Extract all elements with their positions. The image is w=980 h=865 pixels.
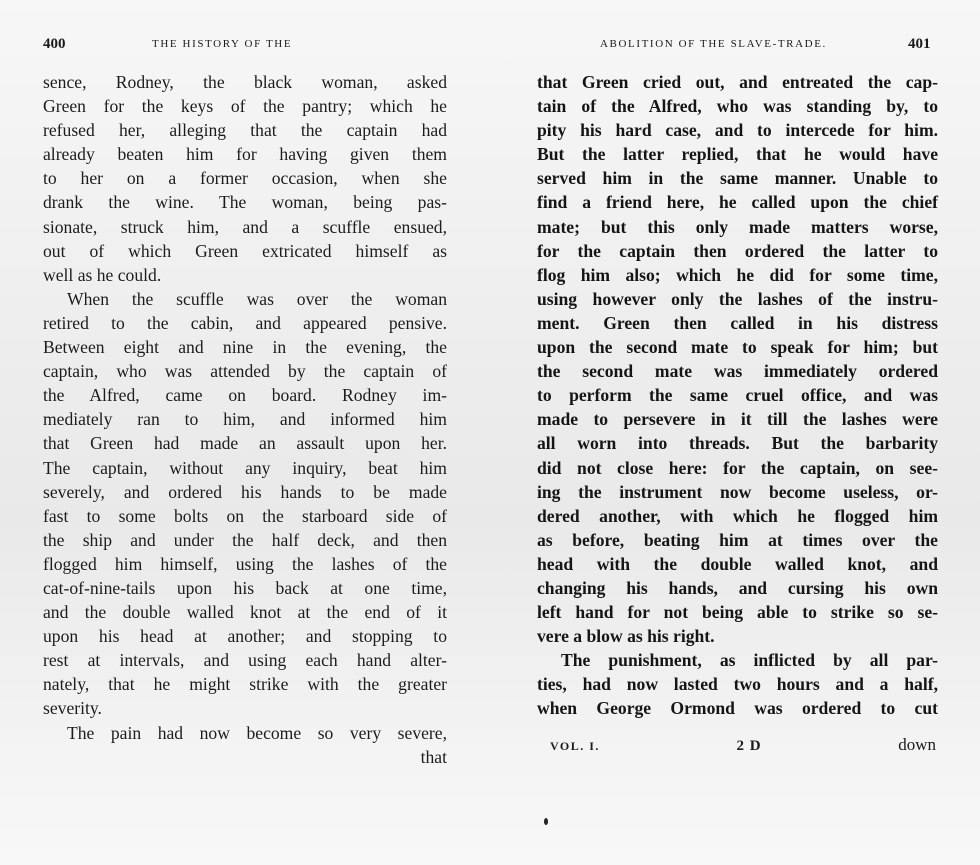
text-line: find a friend here, he called upon the c… bbox=[537, 190, 938, 214]
text-line: the Alfred, came on board. Rodney im- bbox=[43, 383, 447, 407]
text-line: all worn into threads. But the barbarity bbox=[537, 431, 938, 455]
paragraph-start-line: When the scuffle was over the woman bbox=[43, 287, 447, 311]
page-number: 400 bbox=[43, 36, 66, 53]
text-line: upon the second mate to speak for him; b… bbox=[537, 335, 938, 359]
running-head: ABOLITION OF THE SLAVE-TRADE. bbox=[600, 38, 827, 50]
volume-label: VOL. I. bbox=[550, 739, 600, 754]
text-line: captain, who was attended by the captain… bbox=[43, 359, 447, 383]
text-line: changing his hands, and cursing his own bbox=[537, 576, 938, 600]
text-line: the ship and under the half deck, and th… bbox=[43, 528, 447, 552]
text-line: severely, and ordered his hands to be ma… bbox=[43, 480, 447, 504]
text-line: that Green cried out, and entreated the … bbox=[537, 70, 938, 94]
text-line: fast to some bolts on the starboard side… bbox=[43, 504, 447, 528]
text-line: sence, Rodney, the black woman, asked bbox=[43, 70, 447, 94]
text-line: But the latter replied, that he would ha… bbox=[537, 142, 938, 166]
ink-speck bbox=[544, 818, 548, 825]
text-line: vere a blow as his right. bbox=[537, 624, 938, 648]
text-line: left hand for not being able to strike s… bbox=[537, 600, 938, 624]
text-line: refused her, alleging that the captain h… bbox=[43, 118, 447, 142]
text-line: when George Ormond was ordered to cut bbox=[537, 696, 938, 720]
text-line: nately, that he might strike with the gr… bbox=[43, 672, 447, 696]
text-line: that Green had made an assault upon her. bbox=[43, 431, 447, 455]
text-line: head with the double walled knot, and bbox=[537, 552, 938, 576]
text-line: made to persevere in it till the lashes … bbox=[537, 407, 938, 431]
text-line: as before, beating him at times over the bbox=[537, 528, 938, 552]
body-text: that Green cried out, and entreated the … bbox=[537, 70, 938, 721]
text-line: cat-of-nine-tails upon his back at one t… bbox=[43, 576, 447, 600]
text-line: served him in the same manner. Unable to bbox=[537, 166, 938, 190]
right-page: ABOLITION OF THE SLAVE-TRADE. 401 that G… bbox=[490, 0, 980, 865]
text-line: ties, had now lasted two hours and a hal… bbox=[537, 672, 938, 696]
text-line: flog him also; which he did for some tim… bbox=[537, 263, 938, 287]
text-line: tain of the Alfred, who was standing by,… bbox=[537, 94, 938, 118]
text-line: to perform the same cruel office, and wa… bbox=[537, 383, 938, 407]
text-line: to her on a former occasion, when she bbox=[43, 166, 447, 190]
text-line: already beaten him for having given them bbox=[43, 142, 447, 166]
text-line: flogged him himself, using the lashes of… bbox=[43, 552, 447, 576]
text-line: severity. bbox=[43, 696, 447, 720]
text-line: rest at intervals, and using each hand a… bbox=[43, 648, 447, 672]
text-line: out of which Green extricated himself as bbox=[43, 239, 447, 263]
paragraph-start-line: The punishment, as inflicted by all par- bbox=[537, 648, 938, 672]
catchword: that bbox=[43, 745, 447, 769]
text-line: dered another, with which he flogged him bbox=[537, 504, 938, 528]
text-line: mate; but this only made matters worse, bbox=[537, 215, 938, 239]
page-number: 401 bbox=[908, 36, 931, 53]
text-line: mediately ran to him, and informed him bbox=[43, 407, 447, 431]
text-line: retired to the cabin, and appeared pensi… bbox=[43, 311, 447, 335]
text-line: drank the wine. The woman, being pas- bbox=[43, 190, 447, 214]
text-line: the second mate was immediately ordered bbox=[537, 359, 938, 383]
text-line: well as he could. bbox=[43, 263, 447, 287]
body-text: sence, Rodney, the black woman, asked Gr… bbox=[43, 70, 447, 769]
left-page: 400 THE HISTORY OF THE sence, Rodney, th… bbox=[0, 0, 490, 865]
text-line: sionate, struck him, and a scuffle ensue… bbox=[43, 215, 447, 239]
catchword: down bbox=[898, 735, 936, 755]
text-line: The captain, without any inquiry, beat h… bbox=[43, 456, 447, 480]
book-spread: 400 THE HISTORY OF THE sence, Rodney, th… bbox=[0, 0, 980, 865]
text-line: ment. Green then called in his distress bbox=[537, 311, 938, 335]
running-head: THE HISTORY OF THE bbox=[152, 38, 292, 50]
text-line: did not close here: for the captain, on … bbox=[537, 456, 938, 480]
text-line: Green for the keys of the pantry; which … bbox=[43, 94, 447, 118]
text-line: ing the instrument now become useless, o… bbox=[537, 480, 938, 504]
page-footer: VOL. I. 2 D down bbox=[550, 735, 936, 755]
text-line: for the captain then ordered the latter … bbox=[537, 239, 938, 263]
text-line: pity his hard case, and to intercede for… bbox=[537, 118, 938, 142]
text-line: and the double walled knot at the end of… bbox=[43, 600, 447, 624]
paragraph-start-line: The pain had now become so very severe, bbox=[43, 721, 447, 745]
text-line: using however only the lashes of the ins… bbox=[537, 287, 938, 311]
text-line: upon his head at another; and stopping t… bbox=[43, 624, 447, 648]
text-line: Between eight and nine in the evening, t… bbox=[43, 335, 447, 359]
signature-mark: 2 D bbox=[737, 738, 762, 755]
